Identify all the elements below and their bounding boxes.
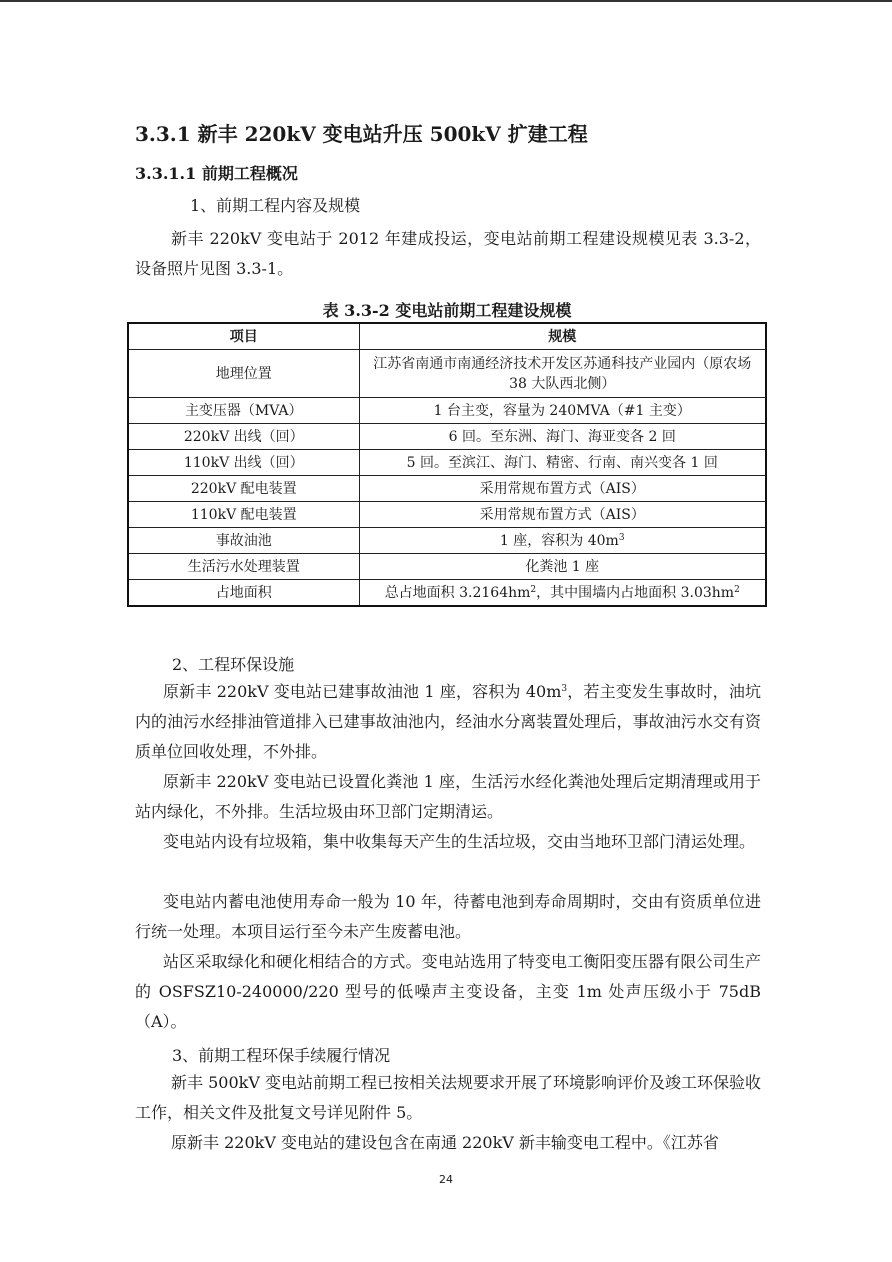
subsection-heading: 3.3.1.1 前期工程概况 [135, 161, 298, 184]
table-row: 地理位置 江苏省南通市南通经济技术开发区苏通科技产业园内（原农场 38 大队西北… [128, 350, 766, 398]
scale-text: 1 座，容积为 40m [500, 533, 619, 549]
table-row: 220kV 配电装置 采用常规布置方式（AIS） [128, 476, 766, 502]
scale-text: ，其中围墙内占地面积 3.03hm [536, 585, 734, 601]
part1-intro-paragraph: 新丰 220kV 变电站于 2012 年建成投运，变电站前期工程建设规模见表 3… [135, 224, 761, 284]
part3-paragraph-construction: 原新丰 220kV 变电站的建设包含在南通 220kV 新丰输变电工程中。《江苏… [135, 1128, 761, 1158]
row-item: 占地面积 [128, 580, 359, 607]
section-heading: 3.3.1 新丰 220kV 变电站升压 500kV 扩建工程 [135, 118, 588, 147]
row-item: 生活污水处理装置 [128, 554, 359, 580]
header-scale: 规模 [359, 323, 766, 350]
table-row: 事故油池 1 座，容积为 40m3 [128, 528, 766, 554]
row-scale: 化粪池 1 座 [359, 554, 766, 580]
part2-paragraph-garbage: 变电站内设有垃圾箱，集中收集每天产生的生活垃圾，交由当地环卫部门清运处理。 [135, 827, 761, 857]
row-scale: 总占地面积 3.2164hm2，其中围墙内占地面积 3.03hm2 [359, 580, 766, 607]
header-item: 项目 [128, 323, 359, 350]
row-item: 220kV 出线（回） [128, 424, 359, 450]
part2-paragraph-oil-pit: 原新丰 220kV 变电站已建事故油池 1 座，容积为 40m3，若主变发生事故… [135, 677, 761, 767]
part2-paragraph-battery: 变电站内蓄电池使用寿命一般为 10 年，待蓄电池到寿命周期时，交由有资质单位进行… [135, 887, 761, 947]
superscript: 3 [561, 684, 567, 694]
row-scale: 5 回。至滨江、海门、精密、行南、南兴变各 1 回 [359, 450, 766, 476]
row-item: 主变压器（MVA） [128, 398, 359, 424]
row-scale: 采用常规布置方式（AIS） [359, 476, 766, 502]
page-number: 24 [0, 1173, 892, 1186]
part2-paragraph-septic: 原新丰 220kV 变电站已设置化粪池 1 座，生活污水经化粪池处理后定期清理或… [135, 767, 761, 827]
part2-title: 2、工程环保设施 [172, 652, 294, 675]
table-header-row: 项目 规模 [128, 323, 766, 350]
part3-paragraph-approval: 新丰 500kV 变电站前期工程已按相关法规要求开展了环境影响评价及竣工环保验收… [135, 1068, 761, 1128]
row-scale: 1 座，容积为 40m3 [359, 528, 766, 554]
row-item: 地理位置 [128, 350, 359, 398]
table-caption: 表 3.3-2 变电站前期工程建设规模 [127, 298, 767, 321]
table-row: 110kV 出线（回） 5 回。至滨江、海门、精密、行南、南兴变各 1 回 [128, 450, 766, 476]
table-row: 主变压器（MVA） 1 台主变，容量为 240MVA（#1 主变） [128, 398, 766, 424]
construction-scale-table: 项目 规模 地理位置 江苏省南通市南通经济技术开发区苏通科技产业园内（原农场 3… [127, 322, 767, 607]
row-scale: 采用常规布置方式（AIS） [359, 502, 766, 528]
table-row: 生活污水处理装置 化粪池 1 座 [128, 554, 766, 580]
part3-title: 3、前期工程环保手续履行情况 [172, 1043, 390, 1066]
row-scale: 6 回。至东洲、海门、海亚变各 2 回 [359, 424, 766, 450]
row-item: 110kV 配电装置 [128, 502, 359, 528]
part2-paragraph-greening: 站区采取绿化和硬化相结合的方式。变电站选用了特变电工衡阳变压器有限公司生产的 O… [135, 947, 761, 1037]
superscript: 2 [734, 585, 740, 595]
scale-text: 总占地面积 3.2164hm [385, 585, 531, 601]
superscript: 2 [530, 585, 536, 595]
part1-title: 1、前期工程内容及规模 [190, 193, 360, 216]
row-item: 220kV 配电装置 [128, 476, 359, 502]
table-row: 110kV 配电装置 采用常规布置方式（AIS） [128, 502, 766, 528]
superscript: 3 [619, 533, 625, 543]
paragraph-text: 原新丰 220kV 变电站已建事故油池 1 座，容积为 40m [163, 682, 561, 701]
table-row: 220kV 出线（回） 6 回。至东洲、海门、海亚变各 2 回 [128, 424, 766, 450]
document-page: 3.3.1 新丰 220kV 变电站升压 500kV 扩建工程 3.3.1.1 … [0, 0, 892, 1262]
row-item: 事故油池 [128, 528, 359, 554]
row-scale: 1 台主变，容量为 240MVA（#1 主变） [359, 398, 766, 424]
row-item: 110kV 出线（回） [128, 450, 359, 476]
table-row: 占地面积 总占地面积 3.2164hm2，其中围墙内占地面积 3.03hm2 [128, 580, 766, 607]
row-scale: 江苏省南通市南通经济技术开发区苏通科技产业园内（原农场 38 大队西北侧） [359, 350, 766, 398]
